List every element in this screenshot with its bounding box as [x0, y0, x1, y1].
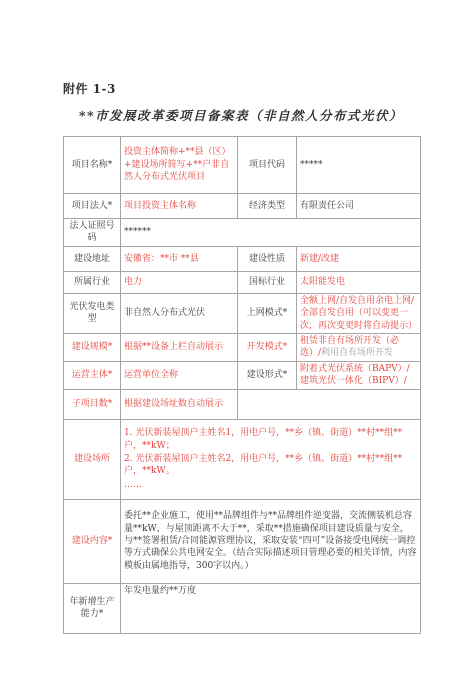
annual-capacity-value: 年发电量约**万度: [121, 583, 421, 633]
grid-mode-value: 全额上网/自发自用余电上网/全部自发自用（可以变更一次，再次变更时将自动提示）: [297, 293, 421, 333]
operating-entity-value: 运营单位全称: [121, 361, 238, 389]
development-mode-label: 开发模式*: [238, 334, 297, 362]
license-number-label: 法人证照号码: [64, 219, 121, 247]
construction-sites-value: 1. 光伏新装屋顶户主姓名1，用电户号，**乡（镇、街道）**村**组**户，*…: [121, 419, 421, 499]
national-industry-label: 国标行业: [238, 271, 297, 293]
construction-scale-value: 根据**设备上栏自动展示: [121, 334, 238, 362]
economic-type-label: 经济类型: [238, 194, 297, 219]
construction-content-value: 委托**企业施工，使用**品牌组件与**品牌组件逆变器，交流侧装机总容量**kW…: [121, 499, 421, 583]
row-construction-content: 建设内容* 委托**企业施工，使用**品牌组件与**品牌组件逆变器，交流侧装机总…: [64, 499, 421, 583]
subproject-count-value: 根据建设场址数自动展示: [121, 389, 238, 419]
subproject-count-empty-cell: [238, 389, 421, 419]
grid-mode-label: 上网模式*: [238, 293, 297, 333]
national-industry-value: 太阳能发电: [297, 271, 421, 293]
row-project-name: 项目名称* 投资主体简称+**县（区）+建设场所简写+**户非自然人分布式光伏项…: [64, 137, 421, 194]
development-mode-value: 租赁非自有场所开发（必选）/利用自有场所开发: [297, 334, 421, 362]
project-code-label: 项目代码: [238, 137, 297, 194]
row-industry: 所属行业 电力 国标行业 太阳能发电: [64, 271, 421, 293]
construction-site-line-ellipsis: ……: [124, 479, 417, 491]
construction-nature-value: 新建/改建: [297, 246, 421, 271]
construction-address-value: 安徽省：**市 **县: [121, 246, 238, 271]
construction-content-label: 建设内容*: [64, 499, 121, 583]
row-operating-entity: 运营主体* 运营单位全称 建设形式* 附着式光伏系统（BAPV）/建筑光伏一体化…: [64, 361, 421, 389]
project-code-value: *****: [297, 137, 421, 194]
construction-site-line-2: 2. 光伏新装屋顶户主姓名2，用电户号，**乡（镇、街道）**村**组**户，*…: [124, 453, 417, 478]
legal-person-value: 项目投资主体名称: [121, 194, 238, 219]
construction-site-line-1: 1. 光伏新装屋顶户主姓名1，用电户号，**乡（镇、街道）**村**组**户，*…: [124, 427, 417, 452]
economic-type-value: 有限责任公司: [297, 194, 421, 219]
project-name-value: 投资主体简称+**县（区）+建设场所简写+**户非自然人分布式光伏项目: [121, 137, 238, 194]
construction-address-label: 建设地址: [64, 246, 121, 271]
project-name-label: 项目名称*: [64, 137, 121, 194]
development-mode-other-option: 利用自有场所开发: [321, 348, 393, 358]
construction-sites-label: 建设场所: [64, 419, 121, 499]
row-license-number: 法人证照号码 ******: [64, 219, 421, 247]
attachment-label: 附件 1-3: [63, 80, 116, 97]
filing-form-table: 项目名称* 投资主体简称+**县（区）+建设场所简写+**户非自然人分布式光伏项…: [63, 136, 421, 634]
page-title: **市发展改革委项目备案表（非自然人分布式光伏）: [58, 106, 424, 124]
license-number-value: ******: [121, 219, 421, 247]
row-legal-person: 项目法人* 项目投资主体名称 经济类型 有限责任公司: [64, 194, 421, 219]
pv-type-label: 光伏发电类型: [64, 293, 121, 333]
row-construction-address: 建设地址 安徽省：**市 **县 建设性质 新建/改建: [64, 246, 421, 271]
industry-label: 所属行业: [64, 271, 121, 293]
row-subproject-count: 子项目数* 根据建设场址数自动展示: [64, 389, 421, 419]
construction-form-value: 附着式光伏系统（BAPV）/建筑光伏一体化（BIPV）/: [297, 361, 421, 389]
legal-person-label: 项目法人*: [64, 194, 121, 219]
annual-capacity-label: 年新增生产能力*: [64, 583, 121, 633]
operating-entity-label: 运营主体*: [64, 361, 121, 389]
construction-nature-label: 建设性质: [238, 246, 297, 271]
construction-scale-label: 建设规模*: [64, 334, 121, 362]
row-construction-sites: 建设场所 1. 光伏新装屋顶户主姓名1，用电户号，**乡（镇、街道）**村**组…: [64, 419, 421, 499]
industry-value: 电力: [121, 271, 238, 293]
pv-type-value: 非自然人分布式光伏: [121, 293, 238, 333]
row-pv-type: 光伏发电类型 非自然人分布式光伏 上网模式* 全额上网/自发自用余电上网/全部自…: [64, 293, 421, 333]
row-construction-scale: 建设规模* 根据**设备上栏自动展示 开发模式* 租赁非自有场所开发（必选）/利…: [64, 334, 421, 362]
construction-form-label: 建设形式*: [238, 361, 297, 389]
subproject-count-label: 子项目数*: [64, 389, 121, 419]
row-annual-capacity: 年新增生产能力* 年发电量约**万度: [64, 583, 421, 633]
